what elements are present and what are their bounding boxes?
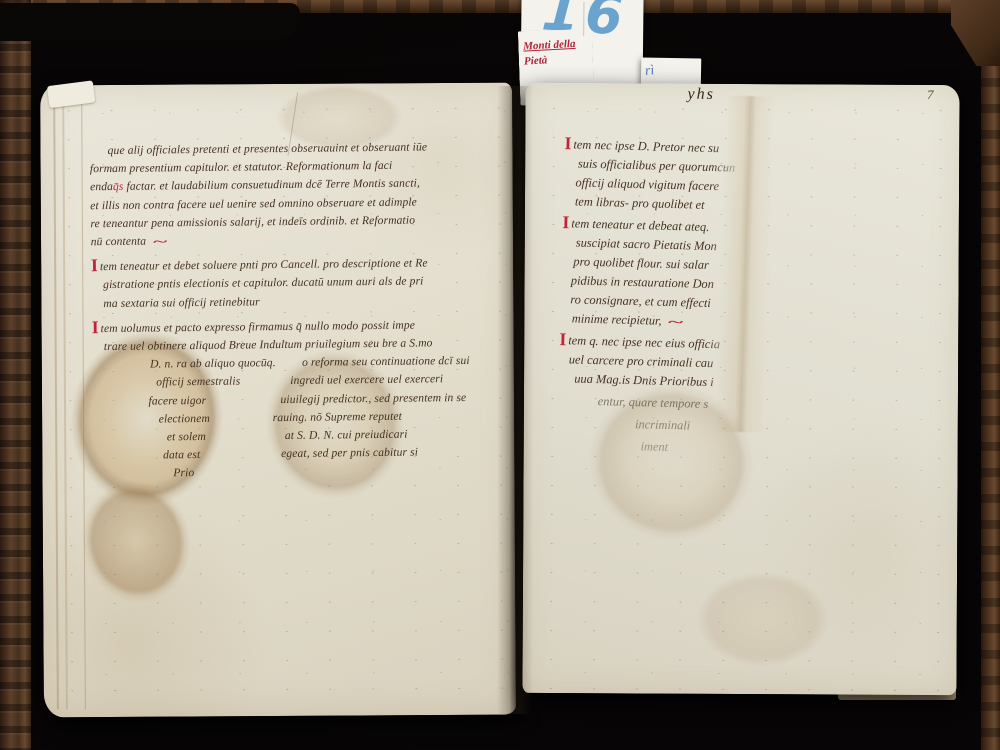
rubric-initial: I [559,333,568,345]
manuscript-line: incriminali [557,413,745,437]
right-page: yhs 7 Item nec ipse D. Pretor nec su sui… [522,83,959,695]
rubric-initial: I [562,216,571,228]
title-note-label: Monti della Pietà [523,37,577,70]
wood-table-left-edge [0,0,31,750]
manuscript-line: Prio [93,461,499,484]
wood-table-right-edge [981,0,1000,750]
rubric-initial: I [92,321,101,333]
manuscript-photo: 16 rì Monti della Pietà que alij officia… [0,0,1000,750]
manuscript-line: ma sextaria sui officij retinebitur [91,290,497,313]
manuscript-line: tem libras- pro quolibet et [563,192,751,216]
black-cloth-fold [0,3,300,41]
manuscript-line: nū contenta~ [91,229,497,252]
manuscript-line: minime recipietur,~ [560,309,748,333]
manuscript-line: iment [556,435,744,459]
rubric-initial: I [91,259,100,271]
parchment-fold-lines [53,89,86,709]
corner-flap [47,80,95,108]
ihs-monogram: yhs [687,86,714,104]
rubric-initial: I [564,137,573,149]
rubric-flourish: ~ [667,313,684,332]
rubric-flourish: ~ [152,233,168,251]
manuscript-line: uua Mag.is Dnis Prioribus i [558,369,746,393]
folio-number: 7 [927,87,934,103]
right-page-text: Item nec ipse D. Pretor nec su suis offi… [556,135,752,459]
water-stain [672,554,853,685]
left-page-text: que alij officiales pretenti et presente… [90,138,500,484]
side-tab-label: rì [644,63,655,80]
manuscript-line: entur, quare tempore s [557,391,745,415]
left-page: que alij officiales pretenti et presente… [40,83,516,718]
